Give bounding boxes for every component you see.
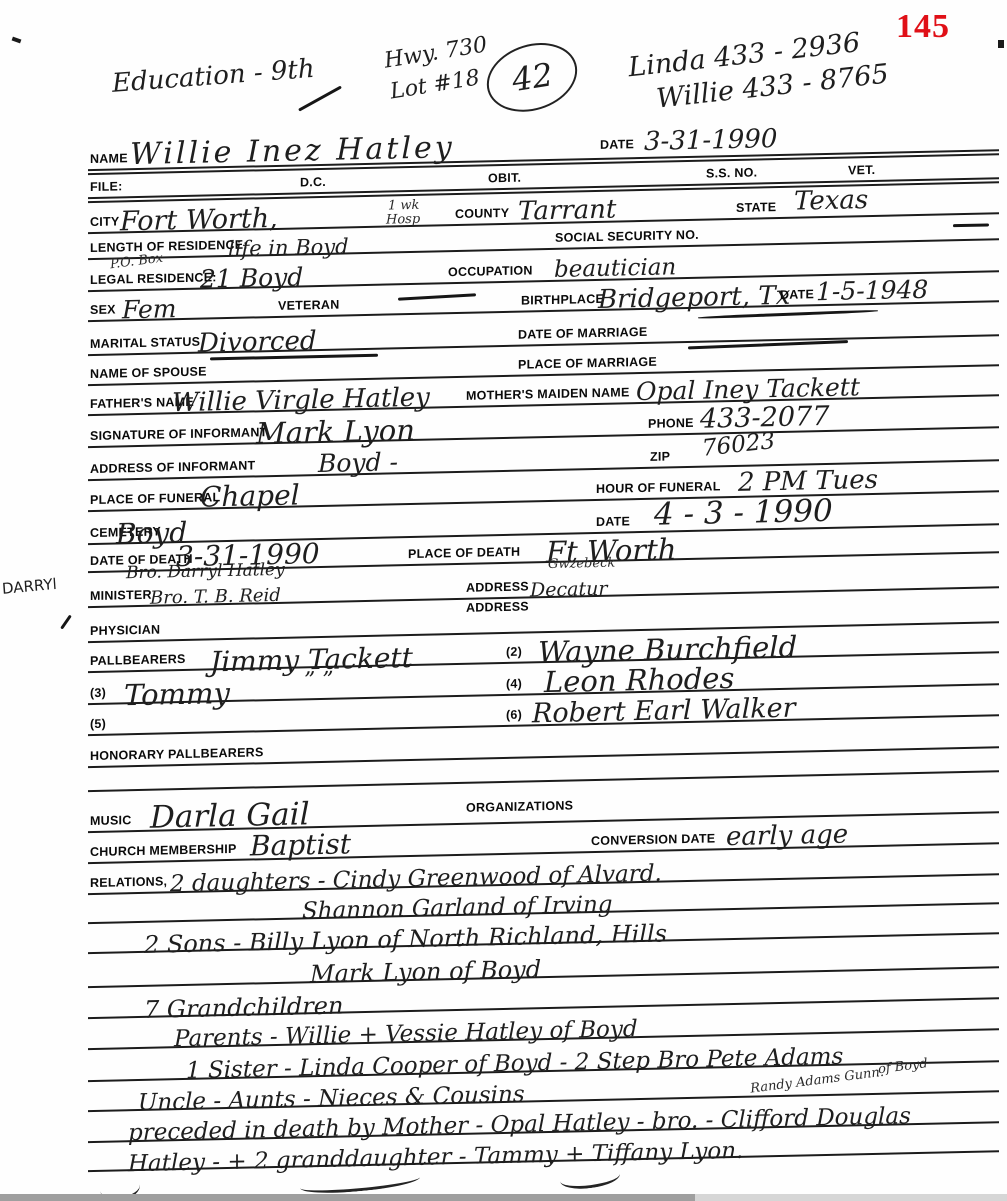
occupation-label: OCCUPATION xyxy=(448,263,533,279)
pallbearers-label: PALLBEARERS xyxy=(90,652,186,668)
scan-content: Education - 9th Hwy. 730 Lot #18 42 Lind… xyxy=(0,0,1007,1201)
minister-address-value: Decatur xyxy=(530,580,607,601)
dc-label: D.C. xyxy=(300,175,326,190)
church-membership-label: CHURCH MEMBERSHIP xyxy=(90,842,237,859)
state-label: STATE xyxy=(736,200,776,215)
pallbearer-3-ditto: ” ” xyxy=(304,670,334,693)
veteran-label: VETERAN xyxy=(278,298,339,313)
funeral-date-label: DATE xyxy=(596,514,630,529)
pallbearer-2-number: (2) xyxy=(506,645,522,659)
margin-note-darryl: DARRYl xyxy=(2,577,58,597)
check-stroke xyxy=(298,85,342,111)
legal-residence-label: LEGAL RESIDENCE: xyxy=(90,270,217,287)
note-lot: Lot #18 xyxy=(389,67,481,103)
funeral-hour-label: HOUR OF FUNERAL xyxy=(596,479,721,496)
vet-label: VET. xyxy=(848,163,875,178)
music-label: MUSIC xyxy=(90,813,132,828)
ssno-label: S.S. NO. xyxy=(706,165,757,180)
relations-line-7-note-2: Randy Adams Gunn. xyxy=(750,1066,885,1096)
physician-address-label: ADDRESS xyxy=(466,599,529,614)
minister-label: MINISTER xyxy=(90,588,152,603)
spouse-label: NAME OF SPOUSE xyxy=(90,364,207,381)
pallbearer-3-number: (3) xyxy=(90,686,106,700)
county-value: Tarrant xyxy=(518,197,616,225)
birthdate-value: 1-5-1948 xyxy=(816,277,928,304)
city-label: CITY xyxy=(90,214,119,229)
death-place-label: PLACE OF DEATH xyxy=(408,545,520,561)
cutoff-handwriting-stroke xyxy=(559,1163,621,1191)
honorary-pallbearers-label: HONORARY PALLBEARERS xyxy=(90,745,264,763)
pallbearer-6-number: (6) xyxy=(506,708,522,722)
spouse-dash xyxy=(210,354,378,361)
conversion-date-label: CONVERSION DATE xyxy=(591,831,715,848)
marriage-place-dash xyxy=(688,340,848,349)
marriage-date-dash xyxy=(698,309,878,319)
funeral-hour-value: 2 PM Tues xyxy=(738,467,878,496)
obit-label: OBIT. xyxy=(488,171,521,186)
circled-number: 42 xyxy=(479,32,586,122)
note-education: Education - 9th xyxy=(111,56,315,97)
marriage-place-label: PLACE OF MARRIAGE xyxy=(518,355,657,372)
pallbearer-5-number: (5) xyxy=(90,717,106,731)
name-label: NAME xyxy=(90,151,128,166)
file-label: FILE: xyxy=(90,179,123,194)
scan-edge-bar xyxy=(695,1194,1007,1201)
conversion-date-value: early age xyxy=(726,821,848,850)
mother-label: MOTHER'S MAIDEN NAME xyxy=(466,385,630,403)
length-residence-label: LENGTH OF RESIDENCE: xyxy=(90,238,248,255)
date-value: 3-31-1990 xyxy=(644,126,777,155)
pallbearer-6: Robert Earl Walker xyxy=(532,695,796,728)
state-value: Texas xyxy=(794,187,868,215)
birthdate-label: DATE xyxy=(780,287,814,302)
zip-value: 76023 xyxy=(701,430,776,461)
veteran-dash xyxy=(398,293,476,300)
church-membership-value: Baptist xyxy=(250,830,351,860)
informant-address-label: ADDRESS OF INFORMANT xyxy=(90,458,255,476)
date-label: DATE xyxy=(600,137,634,152)
minister-above-note: Bro. Darryl Hatley xyxy=(126,562,285,582)
relations-label: RELATIONS, xyxy=(90,874,167,890)
sex-label: SEX xyxy=(90,302,116,317)
minister-address-label: ADDRESS xyxy=(466,579,529,594)
city-note-2: Hosp xyxy=(386,213,420,227)
physician-label: PHYSICIAN xyxy=(90,623,160,639)
funeral-date-value: 4 - 3 - 1990 xyxy=(654,496,833,531)
marital-label: MARITAL STATUS xyxy=(90,335,200,351)
zip-label: ZIP xyxy=(650,449,670,463)
phone-label: PHONE xyxy=(648,416,694,431)
ssn-dash xyxy=(953,223,989,227)
marriage-date-label: DATE OF MARRIAGE xyxy=(518,325,647,342)
birthplace-label: BIRTHPLACE xyxy=(521,292,604,308)
death-place-above-note: Gwzebeck xyxy=(548,557,615,572)
funeral-place-value: Chapel xyxy=(200,481,300,511)
informant-address-value: Boyd - xyxy=(318,449,398,476)
scan-edge-bar xyxy=(0,1194,695,1201)
pallbearer-4-number: (4) xyxy=(506,677,522,691)
sex-value: Fem xyxy=(122,296,176,322)
county-label: COUNTY xyxy=(455,206,509,221)
ssn-label: SOCIAL SECURITY NO. xyxy=(555,228,699,245)
stray-tick xyxy=(60,615,72,630)
scanned-funeral-record-page: 145 Education - 9th Hwy. 730 Lot #18 42 … xyxy=(0,0,1007,1201)
minister-value: Bro. T. B. Reid xyxy=(150,587,281,608)
relations-line-10: Hatley - + 2 granddaughter - Tammy + Tif… xyxy=(128,1140,743,1176)
organizations-label: ORGANIZATIONS xyxy=(466,798,573,814)
informant-signature-label: SIGNATURE OF INFORMANT xyxy=(90,425,267,443)
